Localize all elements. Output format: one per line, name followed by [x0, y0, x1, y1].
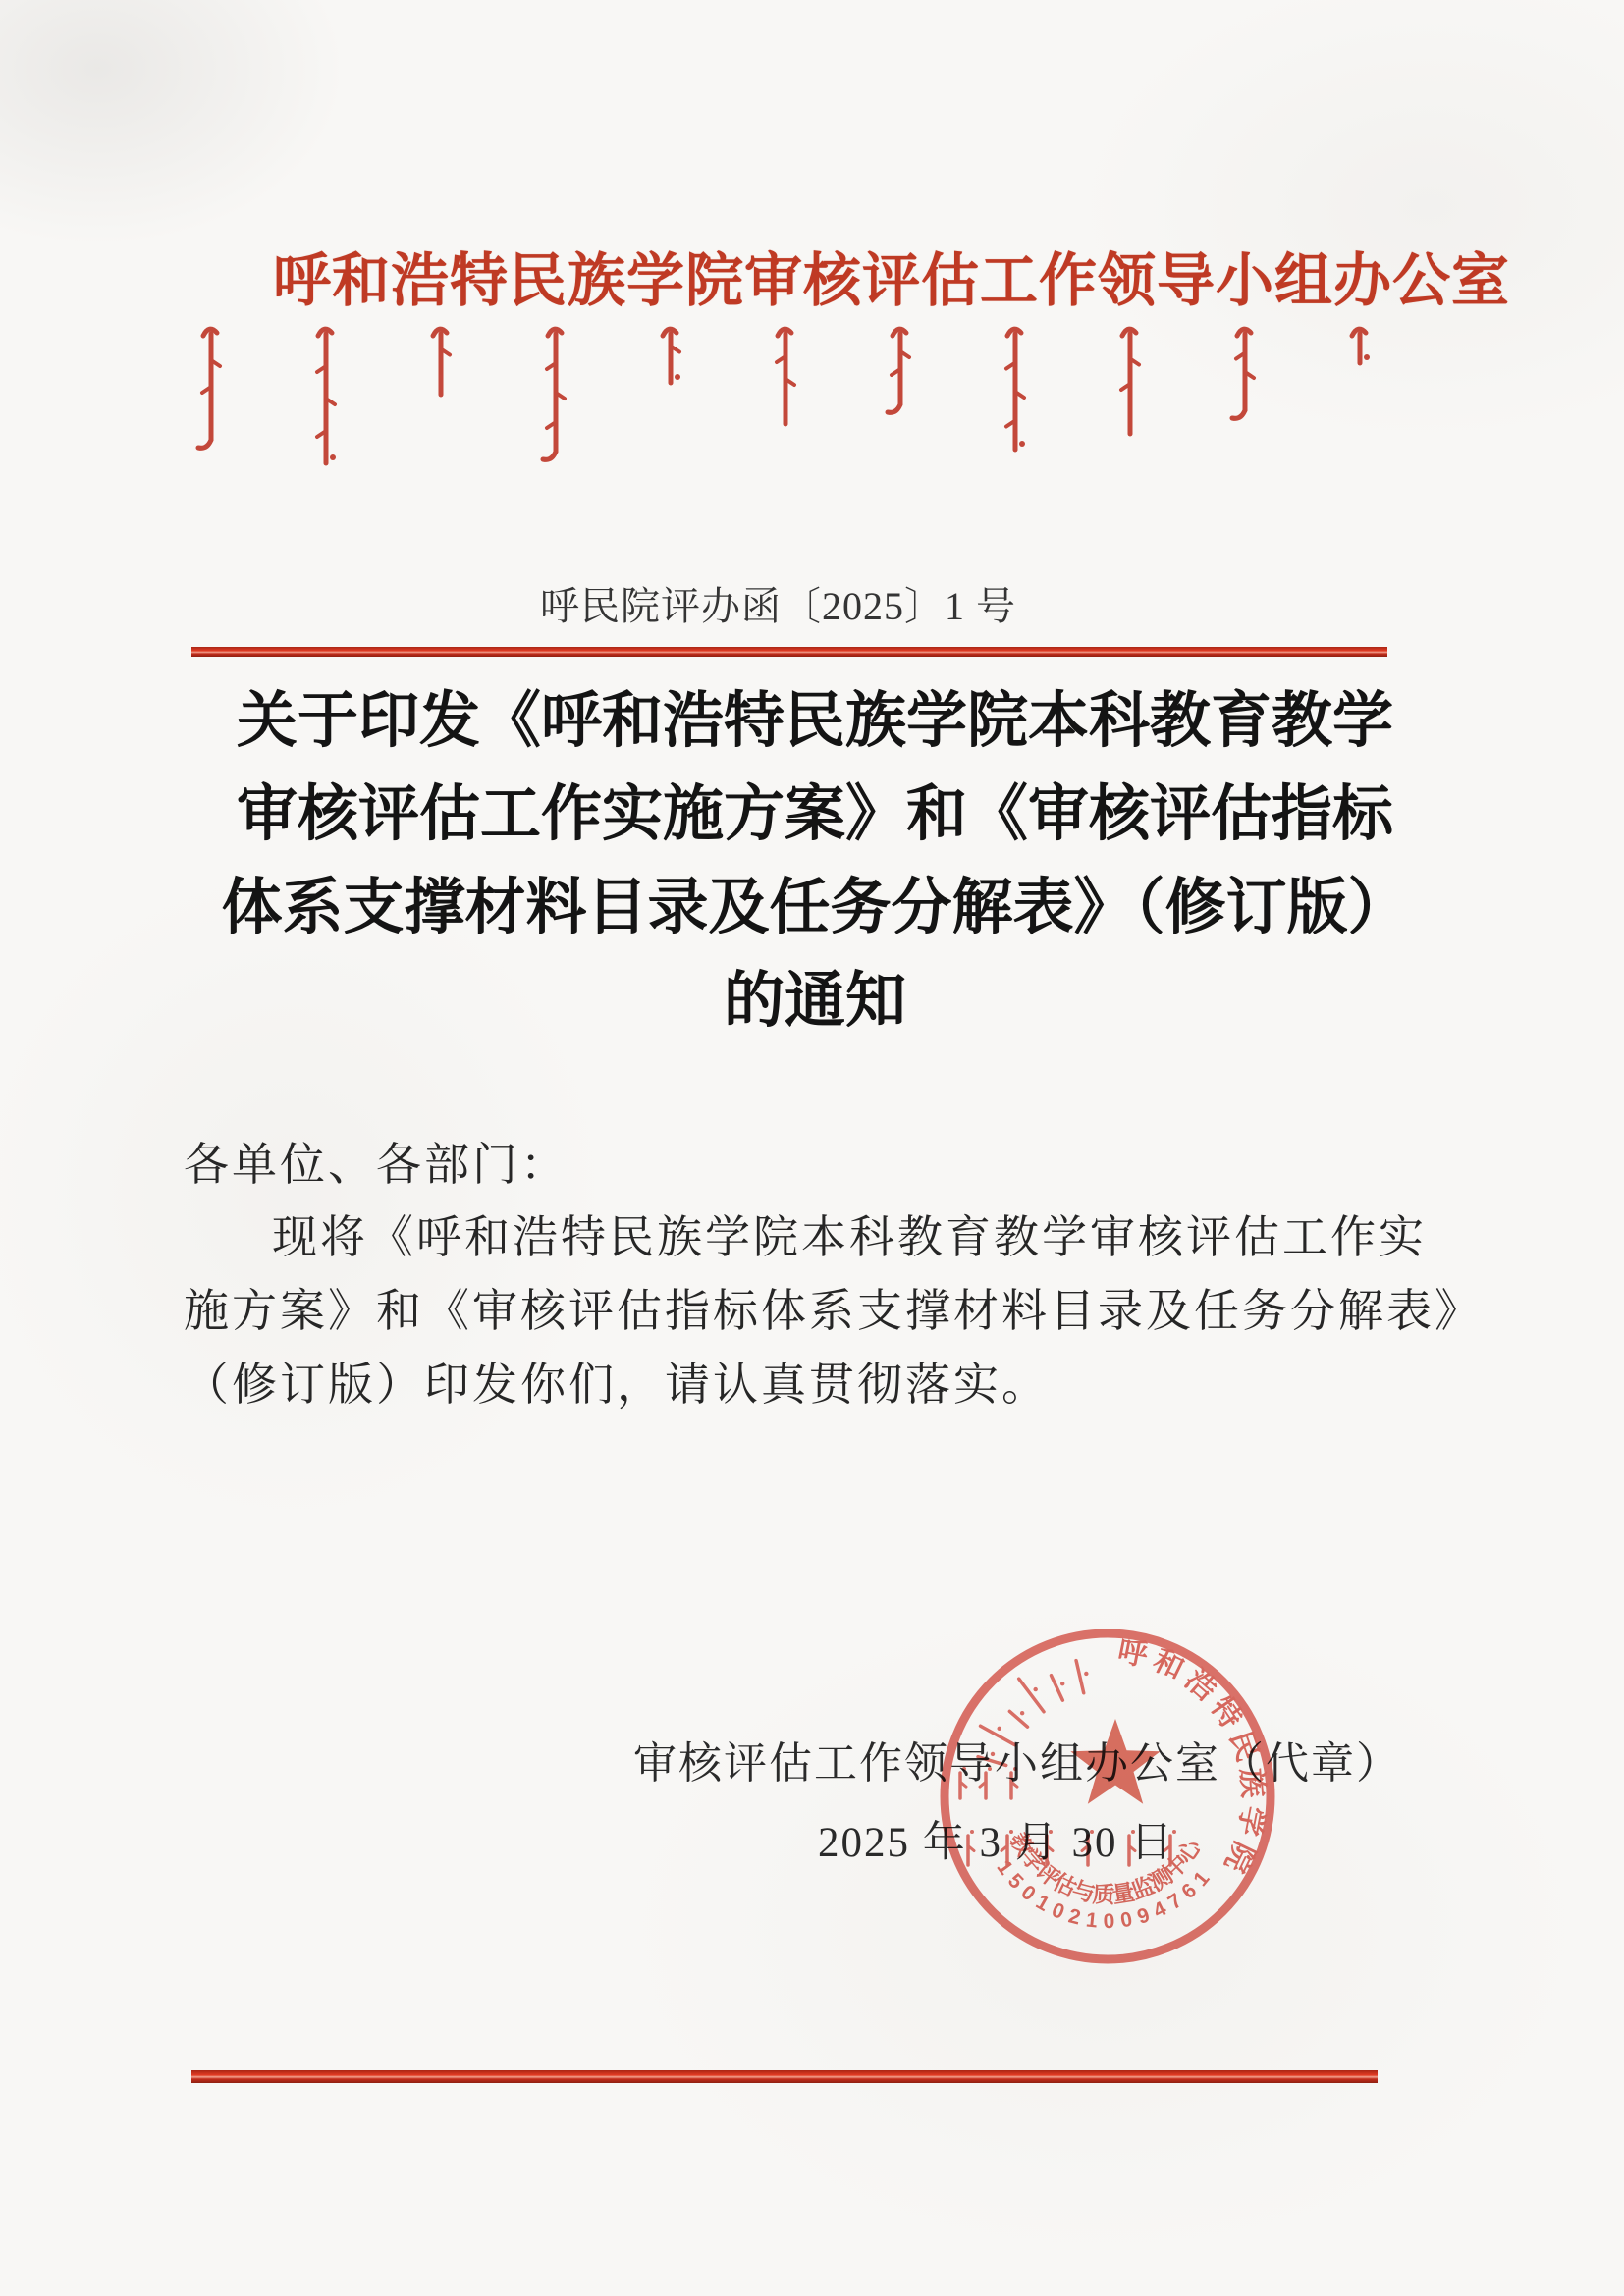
title-line-1: 关于印发《呼和浩特民族学院本科教育教学 — [0, 675, 1624, 769]
letterhead-office-name: 呼和浩特民族学院审核评估工作领导小组办公室 — [273, 234, 1510, 317]
scanned-official-document: 呼和浩特民族学院审核评估工作领导小组办公室 呼民院评办函〔2025〕1 号 关于… — [0, 0, 1624, 2296]
document-number: 呼民院评办函〔2025〕1 号 — [540, 575, 1016, 631]
red-rule-bottom — [191, 2070, 1378, 2083]
seal-star-icon — [1070, 1719, 1160, 1804]
red-rule-top — [191, 647, 1387, 657]
body-paragraph-line: （修订版）印发你们，请认真贯彻落实。 — [184, 1349, 1050, 1414]
salutation: 各单位、各部门： — [184, 1129, 568, 1194]
body-paragraph-line: 现将《呼和浩特民族学院本科教育教学审核评估工作实 — [272, 1201, 1427, 1266]
document-title: 关于印发《呼和浩特民族学院本科教育教学 审核评估工作实施方案》和《审核评估指标 … — [0, 675, 1624, 1048]
title-line-4: 的通知 — [0, 955, 1624, 1048]
title-line-3: 体系支撑材料目录及任务分解表》（修订版） — [0, 862, 1624, 955]
mongolian-script-row — [177, 320, 1443, 469]
official-seal: 呼和浩特民族学院 教学评估与质量监测中心 15010210094761 — [921, 1610, 1294, 1983]
body-paragraph-line: 施方案》和《审核评估指标体系支撑材料目录及任务分解表》 — [184, 1275, 1483, 1340]
title-line-2: 审核评估工作实施方案》和《审核评估指标 — [0, 769, 1624, 862]
